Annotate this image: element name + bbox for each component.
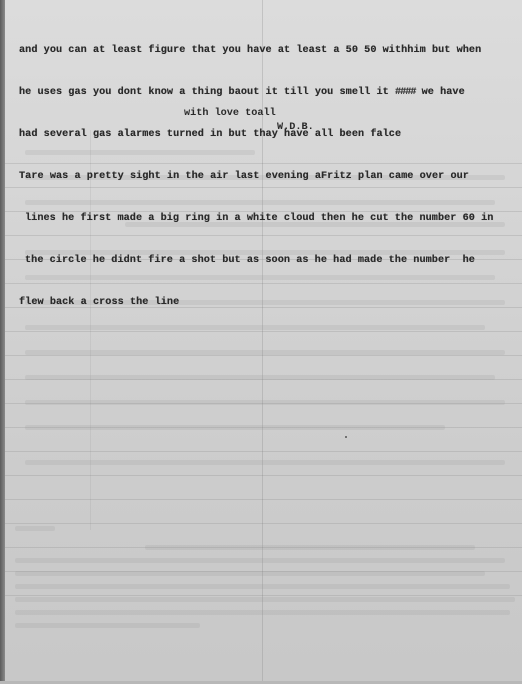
letter-closing: with love toall — [184, 107, 276, 121]
letter-line: flew back a cross the line — [19, 296, 493, 310]
letter-line: Tare was a pretty sight in the air last … — [19, 170, 493, 184]
letter-page: and you can at least figure that you hav… — [5, 0, 522, 681]
struck-out-text: #### — [395, 87, 415, 98]
paper-speck — [345, 436, 347, 438]
letter-line: lines he first made a big ring in a whit… — [19, 212, 493, 226]
letter-body: and you can at least figure that you hav… — [19, 16, 493, 338]
letter-line: the circle he didnt fire a shot but as s… — [19, 254, 493, 268]
letter-line-text: he uses gas you dont know a thing baout … — [19, 87, 389, 98]
letter-line: and you can at least figure that you hav… — [19, 44, 493, 58]
letter-line: had several gas alarmes turned in but th… — [19, 128, 493, 142]
letter-signature: W.D.B. — [277, 121, 314, 135]
letter-line: he uses gas you dont know a thing baout … — [19, 86, 493, 100]
letter-line-tail: we have — [415, 87, 464, 98]
